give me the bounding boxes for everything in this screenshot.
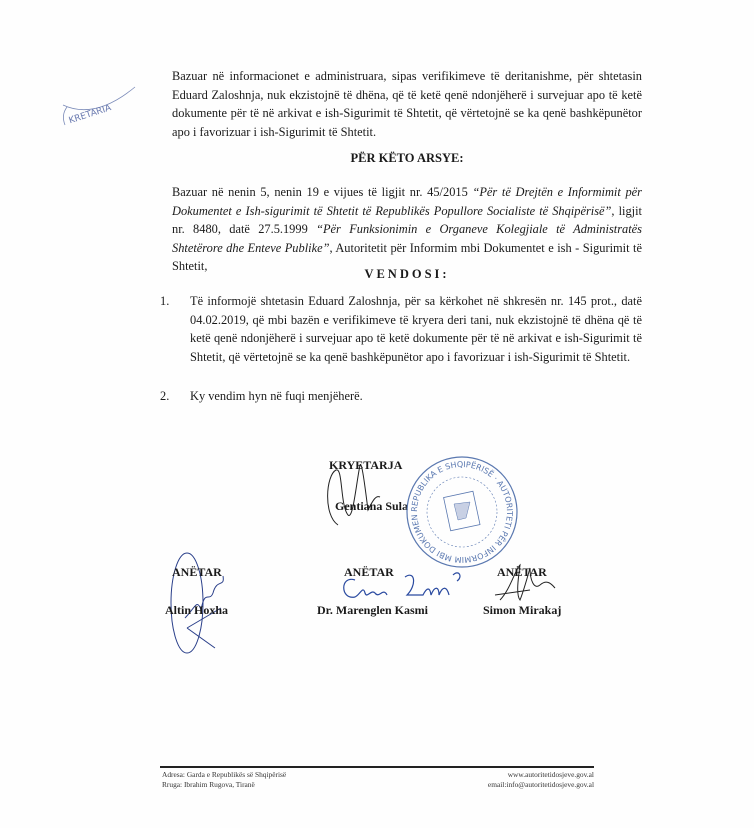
footer-address: Adresa: Garda e Republikës së Shqipërisë…: [162, 770, 286, 790]
member-name: Simon Mirakaj: [483, 603, 561, 618]
address-line: Adresa: Garda e Republikës së Shqipërisë: [162, 770, 286, 780]
intro-paragraph: Bazuar në informacionet e administruara,…: [172, 67, 642, 141]
chair-name: Gentiana Sula: [335, 499, 408, 514]
legal-basis-text: Bazuar në nenin 5, nenin 19 e vijues të …: [172, 185, 472, 199]
footer-divider: [160, 766, 594, 768]
svg-text:KRETARIA: KRETARIA: [68, 103, 114, 126]
decision-number: 2.: [160, 387, 190, 406]
decision-item: 1. Të informojë shtetasin Eduard Zaloshn…: [160, 292, 642, 366]
member-title: ANËTAR: [344, 565, 394, 580]
reasons-heading: PËR KËTO ARSYE:: [172, 151, 642, 166]
footer-contact: www.autoritetidosjeve.gov.al email:info@…: [488, 770, 594, 790]
email-link[interactable]: email:info@autoritetidosjeve.gov.al: [488, 780, 594, 790]
decision-text: Ky vendim hyn në fuqi menjëherë.: [190, 387, 642, 406]
decision-heading: VENDOSI:: [172, 267, 642, 282]
website-link[interactable]: www.autoritetidosjeve.gov.al: [488, 770, 594, 780]
member-title: ANËTAR: [172, 565, 222, 580]
official-stamp-icon: REPUBLIKA E SHQIPËRISË · AUTORITETI PËR …: [402, 452, 522, 572]
decision-text: Të informojë shtetasin Eduard Zaloshnja,…: [190, 292, 642, 366]
legal-basis-paragraph: Bazuar në nenin 5, nenin 19 e vijues të …: [172, 183, 642, 276]
member-name: Altin Hoxha: [165, 603, 228, 618]
decision-number: 1.: [160, 292, 190, 366]
chair-title: KRYETARJA: [329, 458, 402, 473]
member-title: ANËTAR: [497, 565, 547, 580]
secretariat-stamp-icon: KRETARIA: [55, 75, 145, 135]
decision-item: 2. Ky vendim hyn në fuqi menjëherë.: [160, 387, 642, 406]
address-line: Rruga: Ibrahim Rugova, Tiranë: [162, 780, 286, 790]
member-name: Dr. Marenglen Kasmi: [317, 603, 428, 618]
document-page: KRETARIA Bazuar në informacionet e admin…: [0, 0, 754, 828]
